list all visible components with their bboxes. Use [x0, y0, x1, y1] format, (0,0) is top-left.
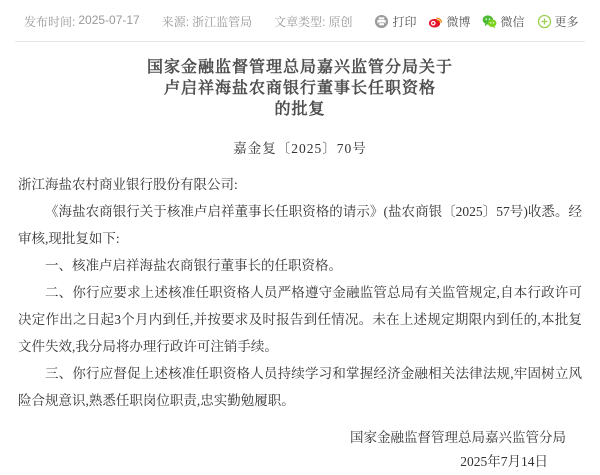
more-share-button[interactable]: 更多: [537, 13, 579, 30]
printer-icon: [374, 14, 389, 29]
article-type-label: 文章类型:: [274, 13, 325, 30]
article-type: 文章类型: 原创: [274, 13, 352, 30]
meta-bar: 发布时间: 2025-07-17 来源: 浙江监管局 文章类型: 原创: [0, 0, 600, 32]
article-page: 发布时间: 2025-07-17 来源: 浙江监管局 文章类型: 原创: [0, 0, 600, 475]
paragraph-item-3: 三、你行应督促上述核准任职资格人员持续学习和掌握经济金融相关法律法规,牢固树立风…: [18, 360, 582, 414]
publish-time-label: 发布时间:: [24, 13, 75, 30]
more-label: 更多: [555, 13, 579, 30]
paragraph-intro: 《海盐农商银行关于核准卢启祥董事长任职资格的请示》(盐农商银〔2025〕57号)…: [18, 198, 582, 252]
print-label: 打印: [392, 13, 416, 30]
source-value: 浙江监管局: [192, 13, 252, 30]
weibo-share-button[interactable]: 微博: [428, 13, 470, 30]
document-number: 嘉金复〔2025〕70号: [18, 137, 582, 157]
document-content: 国家金融监督管理总局嘉兴监管分局关于 卢启祥海盐农商银行董事长任职资格 的批复 …: [0, 57, 600, 474]
print-button[interactable]: 打印: [374, 13, 416, 30]
share-actions: 打印 微博: [374, 13, 578, 30]
publish-time: 发布时间: 2025-07-17: [24, 13, 140, 30]
weibo-icon: [428, 14, 443, 29]
publish-time-value: 2025-07-17: [78, 13, 139, 30]
article-type-value: 原创: [328, 13, 352, 30]
document-title: 国家金融监督管理总局嘉兴监管分局关于 卢启祥海盐农商银行董事长任职资格 的批复: [18, 57, 582, 120]
document-title-line2: 卢启祥海盐农商银行董事长任职资格: [18, 78, 582, 99]
weibo-label: 微博: [446, 13, 470, 30]
wechat-share-button[interactable]: 微信: [482, 13, 524, 30]
document-title-line3: 的批复: [18, 99, 582, 120]
paragraph-item-1: 一、核准卢启祥海盐农商银行董事长的任职资格。: [18, 252, 582, 279]
wechat-icon: [482, 14, 497, 29]
meta-divider: [15, 41, 585, 42]
more-icon: [537, 14, 552, 29]
source-label: 来源:: [162, 13, 189, 30]
source: 来源: 浙江监管局: [162, 13, 252, 30]
paragraph-item-2: 二、你行应要求上述核准任职资格人员严格遵守金融监管总局有关监管规定,自本行政许可…: [18, 279, 582, 360]
document-title-line1: 国家金融监督管理总局嘉兴监管分局关于: [18, 57, 582, 78]
issue-date: 2025年7月14日: [18, 450, 582, 474]
document-body: 浙江海盐农村商业银行股份有限公司: 《海盐农商银行关于核准卢启祥董事长任职资格的…: [18, 171, 582, 414]
wechat-label: 微信: [500, 13, 524, 30]
salutation: 浙江海盐农村商业银行股份有限公司:: [18, 171, 582, 198]
issuing-authority: 国家金融监督管理总局嘉兴监管分局: [18, 426, 582, 450]
